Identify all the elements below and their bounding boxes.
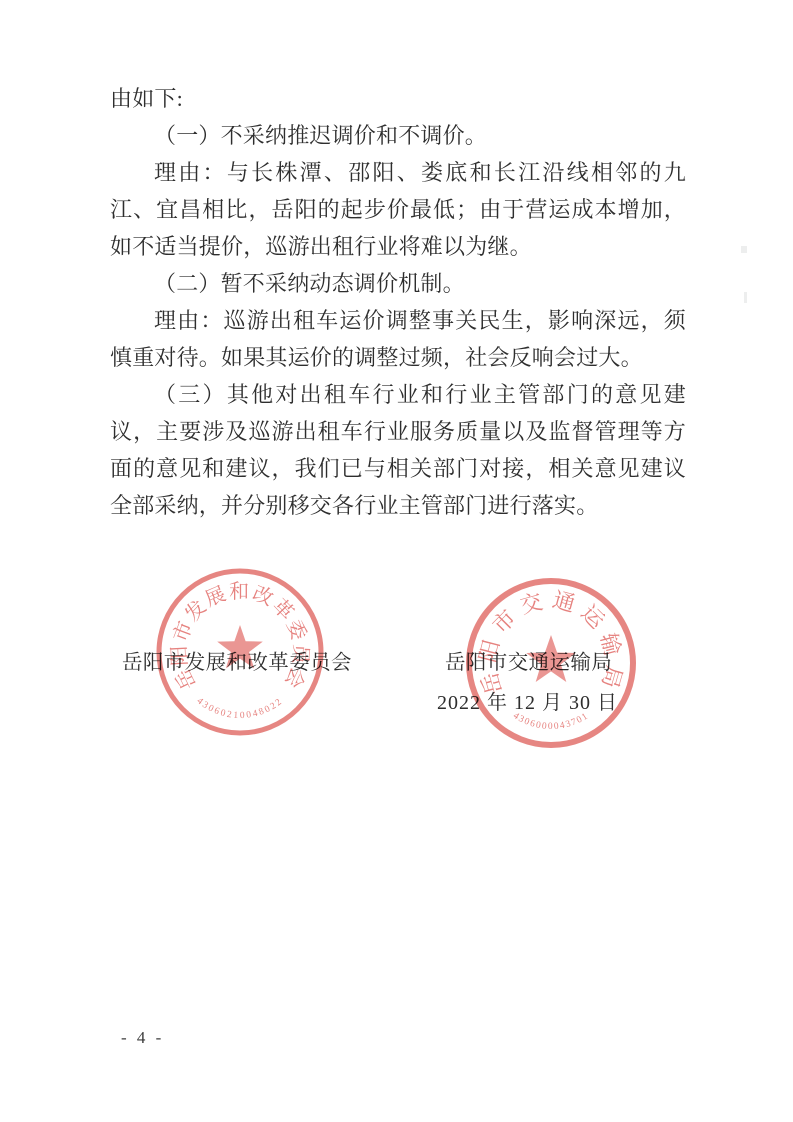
- paragraph: （二）暂不采纳动态调价机制。: [110, 265, 686, 302]
- paragraph: 由如下:: [110, 80, 686, 117]
- signature-transport-bureau: 岳阳市交通运输局: [445, 651, 612, 675]
- document-body: 由如下: （一）不采纳推迟调价和不调价。 理由：与长株潭、邵阳、娄底和长江沿线相…: [110, 80, 686, 524]
- scan-artifact: [741, 246, 747, 253]
- paragraph: 理由：巡游出租车运价调整事关民生，影响深远，须慎重对待。如果其运价的调整过频，社…: [110, 302, 686, 376]
- document-page: 由如下: （一）不采纳推迟调价和不调价。 理由：与长株潭、邵阳、娄底和长江沿线相…: [0, 0, 793, 1122]
- paragraph: （三）其他对出租车行业和行业主管部门的意见建议，主要涉及巡游出租车行业服务质量以…: [110, 376, 686, 524]
- paragraph: （一）不采纳推迟调价和不调价。: [110, 117, 686, 154]
- signature-development-reform-commission: 岳阳市发展和改革委员会: [122, 651, 352, 675]
- seal-organization-text: 岳阳市交通运输局: [475, 587, 628, 698]
- seal-organization-text: 岳阳市发展和改革委员会: [168, 580, 313, 693]
- signature-date: 2022 年 12 月 30 日: [437, 691, 618, 715]
- seal-code-text: 43060210048022: [195, 696, 286, 721]
- paragraph: 理由：与长株潭、邵阳、娄底和长江沿线相邻的九江、宜昌相比，岳阳的起步价最低；由于…: [110, 154, 686, 265]
- scan-artifact: [744, 292, 747, 303]
- page-number: - 4 -: [121, 1028, 164, 1048]
